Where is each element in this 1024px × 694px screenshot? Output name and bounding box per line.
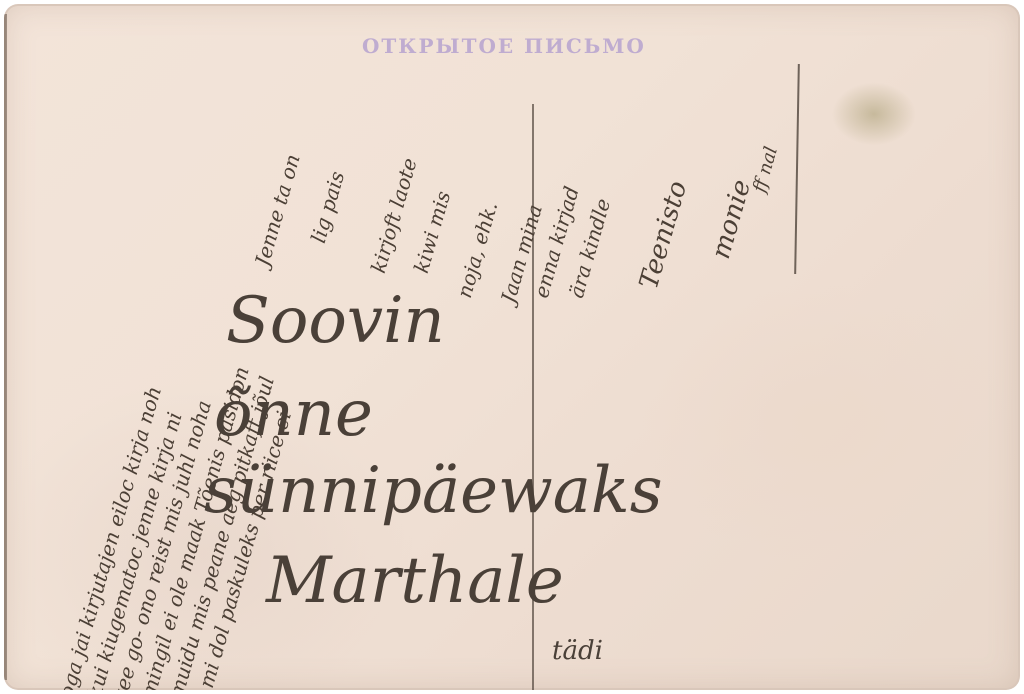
greeting-line-2: õnne [214, 382, 373, 446]
side-note-line: kiwi mis [409, 188, 455, 275]
postcard: ОТКРЫТОЕ ПИСЬМО oga jai kirjutajen eiloc… [4, 4, 1020, 690]
side-note-line: Teenisto [634, 178, 693, 293]
card-edge [4, 14, 7, 680]
side-note-line: lig pais [306, 168, 349, 245]
signature: tädi [552, 636, 603, 666]
pen-stroke-line [794, 64, 800, 274]
side-note-line: Jenne ta on [250, 151, 305, 268]
side-note-line: noja, ehk. [452, 199, 502, 301]
postcard-stamp: ОТКРЫТОЕ ПИСЬМО [362, 34, 646, 58]
greeting-line-1: Soovin [226, 289, 445, 353]
greeting-line-4: Marthale [266, 549, 564, 613]
greeting-line-3: sünnipäewaks [204, 459, 663, 523]
side-note-line: ff nal [749, 144, 782, 195]
